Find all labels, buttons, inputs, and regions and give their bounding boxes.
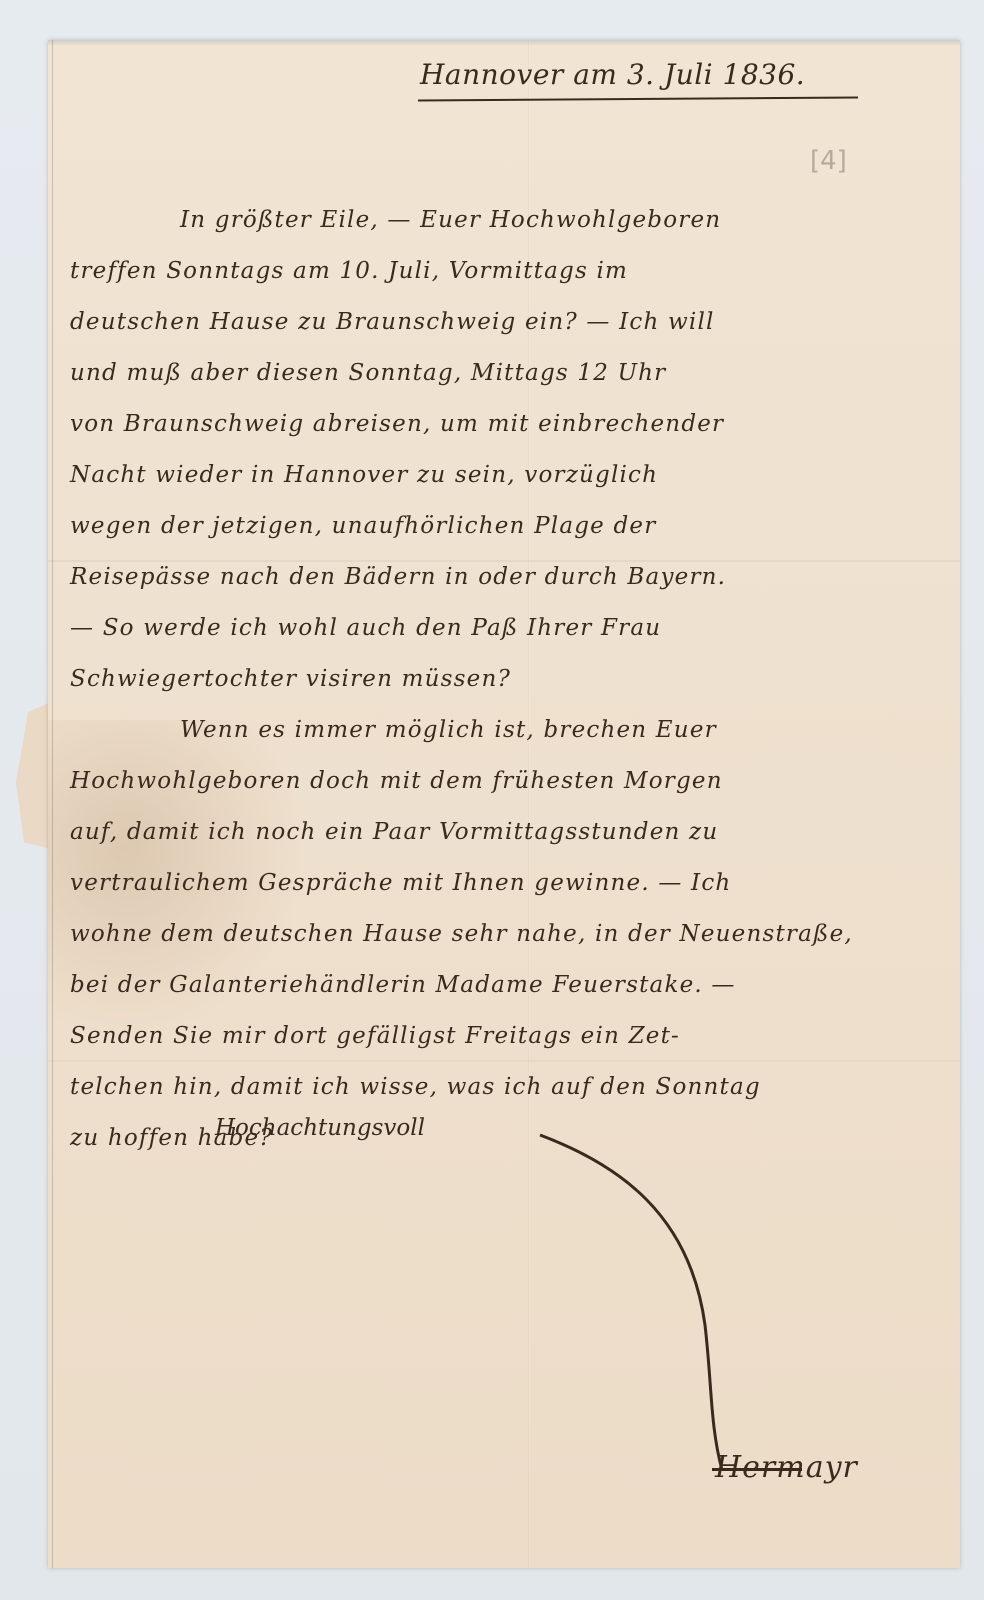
- body-line: bei der Galanteriehändlerin Madame Feuer…: [70, 960, 930, 1011]
- body-line: Senden Sie mir dort gefälligst Freitags …: [70, 1011, 930, 1062]
- left-edge-line: [52, 40, 53, 1568]
- body-line: treffen Sonntags am 10. Juli, Vormittags…: [70, 246, 930, 297]
- body-line: Hochwohlgeboren doch mit dem frühesten M…: [70, 756, 930, 807]
- body-line: und muß aber diesen Sonntag, Mittags 12 …: [70, 348, 930, 399]
- letter-body: In größter Eile, — Euer Hochwohlgeboren …: [70, 195, 930, 1164]
- body-line: von Braunschweig abreisen, um mit einbre…: [70, 399, 930, 450]
- body-line: wegen der jetzigen, unaufhörlichen Plage…: [70, 501, 930, 552]
- body-line: auf, damit ich noch ein Paar Vormittagss…: [70, 807, 930, 858]
- body-line: Schwiegertochter visiren müssen?: [70, 654, 930, 705]
- body-line: deutschen Hause zu Braunschweig ein? — I…: [70, 297, 930, 348]
- body-line: Nacht wieder in Hannover zu sein, vorzüg…: [70, 450, 930, 501]
- folio-pencil-mark: [4]: [810, 146, 847, 176]
- body-line: — So werde ich wohl auch den Paß Ihrer F…: [70, 603, 930, 654]
- signature-flourish: [500, 1125, 740, 1485]
- place-date-heading: Hannover am 3. Juli 1836.: [420, 58, 805, 91]
- body-line: Reisepässe nach den Bädern in oder durch…: [70, 552, 930, 603]
- body-line: telchen hin, damit ich wisse, was ich au…: [70, 1062, 930, 1113]
- closing-salutation: Hochachtungsvoll: [215, 1115, 425, 1141]
- signature-strike-line: [712, 1468, 802, 1471]
- body-line: vertraulichem Gespräche mit Ihnen gewinn…: [70, 858, 930, 909]
- body-line: Wenn es immer möglich ist, brechen Euer: [70, 705, 930, 756]
- body-line: wohne dem deutschen Hause sehr nahe, in …: [70, 909, 930, 960]
- body-line: In größter Eile, — Euer Hochwohlgeboren: [70, 195, 930, 246]
